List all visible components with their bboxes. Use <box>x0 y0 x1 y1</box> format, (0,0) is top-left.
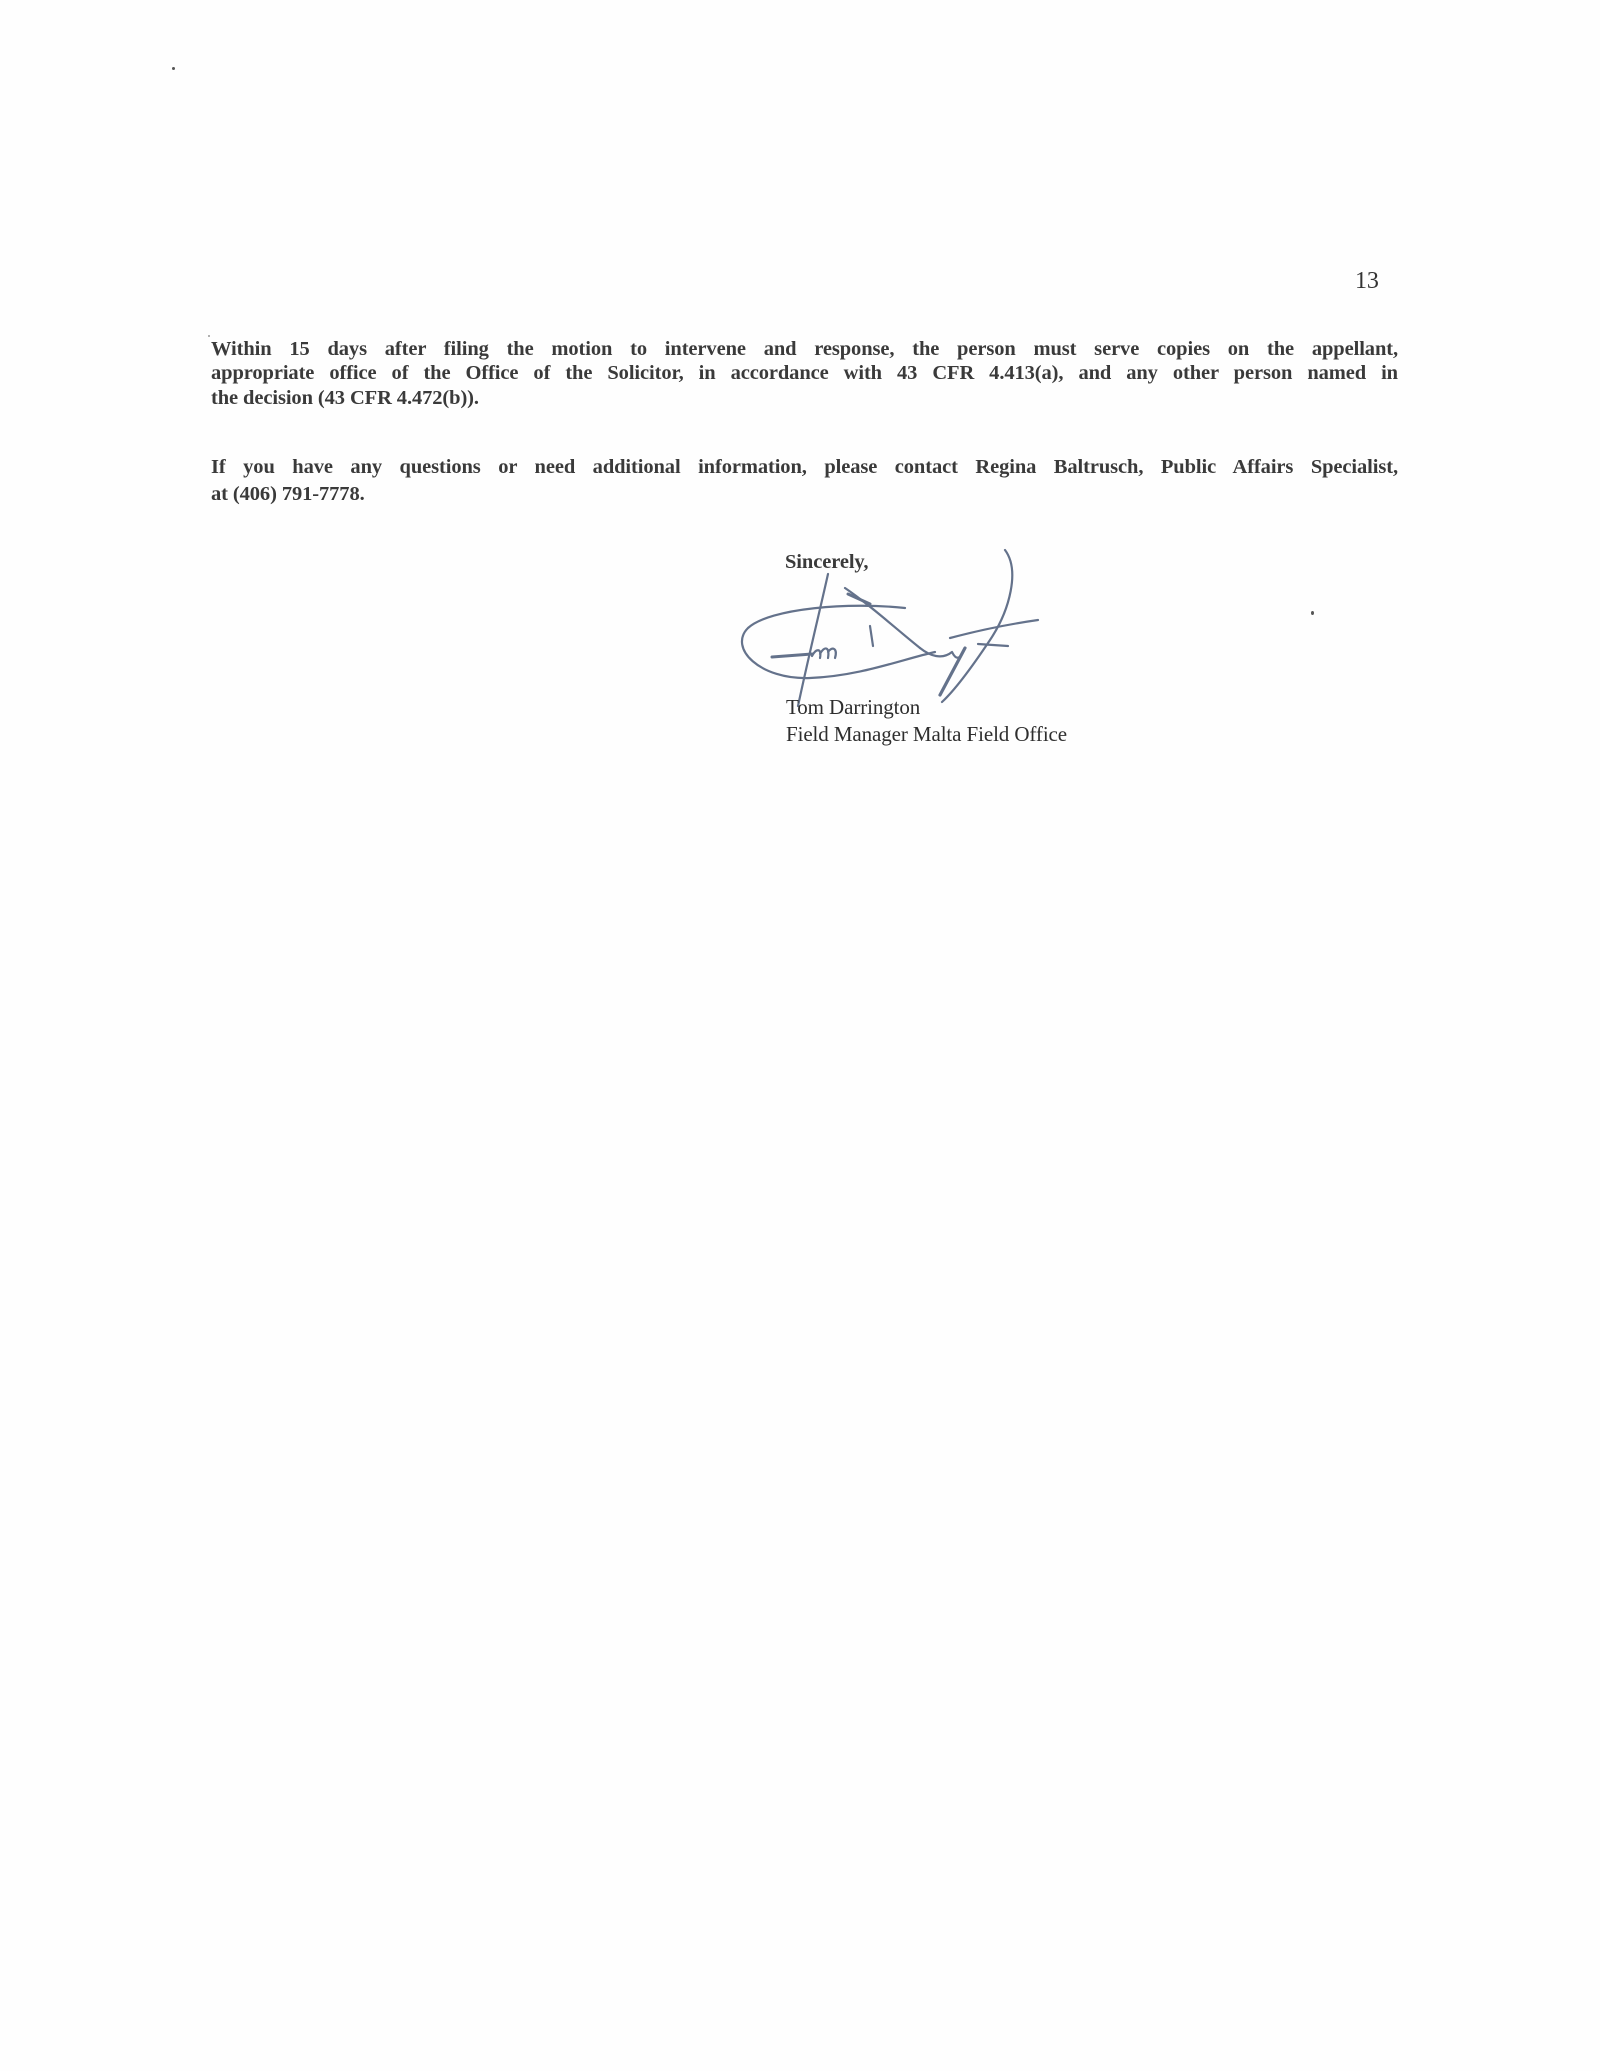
signatory-name: Tom Darrington <box>786 695 920 720</box>
scan-speck <box>1311 611 1314 615</box>
paragraph-1-line-2: appropriate office of the Office of the … <box>211 362 1398 385</box>
document-page: 13 Within 15 days after filing the motio… <box>0 0 1600 2071</box>
paragraph-2-line-1: If you have any questions or need additi… <box>211 456 1398 479</box>
handwritten-signature-icon <box>720 530 1040 720</box>
paragraph-2-line-2: at (406) 791-7778. <box>211 483 365 506</box>
scan-speck <box>172 67 175 70</box>
paragraph-1-line-1: Within 15 days after filing the motion t… <box>211 338 1398 361</box>
paragraph-1-line-3: the decision (43 CFR 4.472(b)). <box>211 387 479 410</box>
signatory-title: Field Manager Malta Field Office <box>786 722 1067 747</box>
scan-speck <box>208 335 210 337</box>
page-number: 13 <box>1355 268 1379 295</box>
